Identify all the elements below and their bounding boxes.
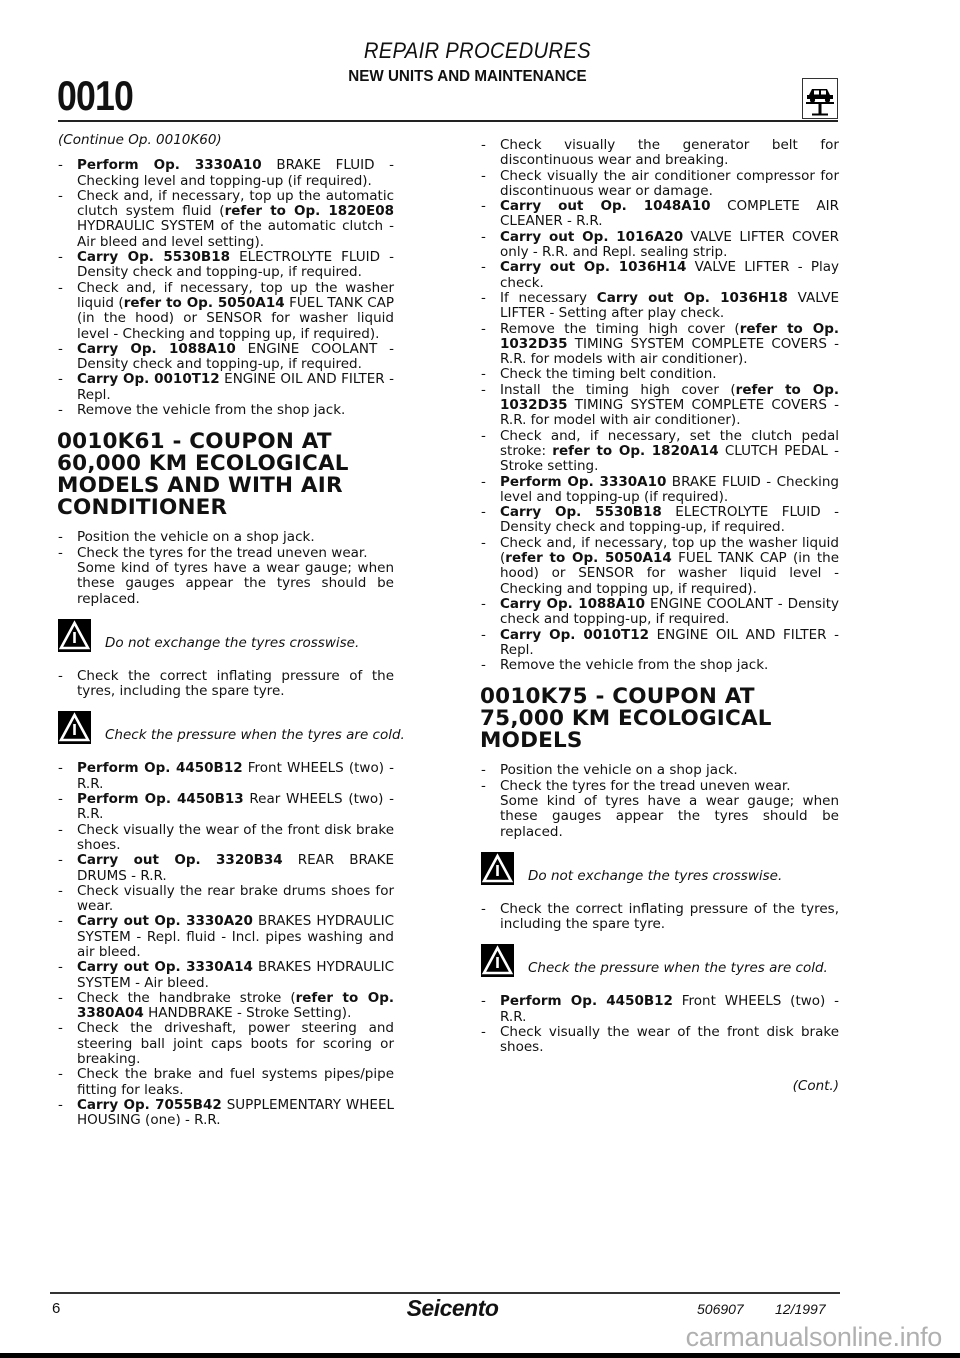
list-item: -Install the timing high cover (refer to… <box>481 383 839 429</box>
list-item: -Check the handbrake stroke (refer to Op… <box>58 991 394 1022</box>
list-item: -Check the brake and fuel systems pipes/… <box>58 1067 394 1098</box>
list-item: -Position the vehicle on a shop jack. <box>481 763 839 778</box>
procedure-list: -Perform Op. 4450B12 Front WHEELS (two) … <box>58 761 394 1128</box>
brand-logo: Seicento <box>407 1295 499 1322</box>
warning-note: Do not exchange the tyres crosswise. <box>58 619 394 659</box>
bottom-border <box>0 1353 960 1358</box>
list-item: -Carry Op. 0010T12 ENGINE OIL AND FILTER… <box>481 628 839 659</box>
page-header: REPAIR PROCEDURES NEW UNITS AND MAINTENA… <box>0 0 960 125</box>
header-divider <box>58 120 838 122</box>
list-item: -Perform Op. 3330A10 BRAKE FLUID - Check… <box>481 475 839 506</box>
list-item: -Perform Op. 4450B13 Rear WHEELS (two) -… <box>58 792 394 823</box>
page-title: REPAIR PROCEDURES <box>364 38 591 64</box>
list-item: -Check the correct inflating pressure of… <box>58 669 394 700</box>
list-item: -Remove the vehicle from the shop jack. <box>58 403 394 418</box>
list-item: -Check and, if necessary, top up the was… <box>58 281 394 342</box>
list-item: -Carry out Op. 3330A14 BRAKES HYDRAULIC … <box>58 960 394 991</box>
list-item: -Check and, if necessary, set the clutch… <box>481 429 839 475</box>
continue-note: (Continue Op. 0010K60) <box>58 133 394 148</box>
list-item: -Check visually the wear of the front di… <box>481 1025 839 1056</box>
list-item: -Perform Op. 4450B12 Front WHEELS (two) … <box>58 761 394 792</box>
list-item: -Check visually the generator belt for d… <box>481 138 839 169</box>
left-column: (Continue Op. 0010K60) -Perform Op. 3330… <box>58 130 394 1129</box>
car-lift-icon <box>802 78 838 119</box>
list-item: -Carry Op. 5530B18 ELECTROLYTE FLUID - D… <box>481 505 839 536</box>
list-item: -Carry out Op. 1036H14 VALVE LIFTER - Pl… <box>481 260 839 291</box>
list-item: -Check visually the air conditioner comp… <box>481 169 839 200</box>
list-item: -Check visually the rear brake drums sho… <box>58 884 394 915</box>
list-item: -Carry Op. 1088A10 ENGINE COOLANT - Dens… <box>58 342 394 373</box>
document-code: 506907 <box>697 1301 744 1317</box>
list-item: -Check and, if necessary, top up the was… <box>481 536 839 597</box>
tyre-note: Some kind of tyres have a wear gauge; wh… <box>481 794 839 840</box>
section-heading: 0010K75 - COUPON AT 75,000 KM ECOLOGICAL… <box>480 686 839 752</box>
continued-note: (Cont.) <box>481 1079 839 1094</box>
warning-icon <box>58 711 91 744</box>
list-item: -Check visually the wear of the front di… <box>58 823 394 854</box>
list-item: -Carry out Op. 3330A20 BRAKES HYDRAULIC … <box>58 914 394 960</box>
tyre-note: Some kind of tyres have a wear gauge; wh… <box>58 561 394 607</box>
list-item: -Carry out Op. 3320B34 REAR BRAKE DRUMS … <box>58 853 394 884</box>
watermark: carmanualsonline.info <box>686 1322 942 1353</box>
page-subtitle: NEW UNITS AND MAINTENANCE <box>348 68 586 86</box>
list-item: -Perform Op. 4450B12 Front WHEELS (two) … <box>481 994 839 1025</box>
list-item: -Carry Op. 1088A10 ENGINE COOLANT - Dens… <box>481 597 839 628</box>
list-item: -Carry out Op. 1048A10 COMPLETE AIR CLEA… <box>481 199 839 230</box>
warning-note: Do not exchange the tyres crosswise. <box>481 852 839 892</box>
list-item: -Carry Op. 0010T12 ENGINE OIL AND FILTER… <box>58 372 394 403</box>
section-heading: 0010K61 - COUPON AT 60,000 KM ECOLOGICAL… <box>57 431 394 519</box>
list-item: -Check the tyres for the tread uneven we… <box>481 779 839 794</box>
list-item: -Check and, if necessary, top up the aut… <box>58 189 394 250</box>
warning-icon <box>58 619 91 652</box>
warning-note: Check the pressure when the tyres are co… <box>58 711 394 751</box>
list-item: -Remove the timing high cover (refer to … <box>481 322 839 368</box>
right-column: -Check visually the generator belt for d… <box>481 130 839 1094</box>
list-item: -Carry Op. 7055B42 SUPPLEMENTARY WHEEL H… <box>58 1098 394 1129</box>
list-item: -Check the tyres for the tread uneven we… <box>58 546 394 561</box>
footer-divider <box>50 1292 840 1294</box>
section-code: 0010 <box>57 72 133 120</box>
list-item: -Perform Op. 3330A10 BRAKE FLUID - Check… <box>58 158 394 189</box>
document-date: 12/1997 <box>775 1301 826 1317</box>
warning-icon <box>481 852 514 885</box>
list-item: -Check the timing belt condition. <box>481 367 839 382</box>
procedure-list: -Perform Op. 3330A10 BRAKE FLUID - Check… <box>58 158 394 418</box>
list-item: -Position the vehicle on a shop jack. <box>58 530 394 545</box>
list-item: -Carry out Op. 1016A20 VALVE LIFTER COVE… <box>481 230 839 261</box>
list-item: -Carry Op. 5530B18 ELECTROLYTE FLUID - D… <box>58 250 394 281</box>
list-item: -Check the correct inflating pressure of… <box>481 902 839 933</box>
list-item: -If necessary Carry out Op. 1036H18 VALV… <box>481 291 839 322</box>
procedure-list: -Check visually the generator belt for d… <box>481 138 839 673</box>
list-item: -Remove the vehicle from the shop jack. <box>481 658 839 673</box>
list-item: -Check the driveshaft, power steering an… <box>58 1021 394 1067</box>
warning-icon <box>481 944 514 977</box>
warning-note: Check the pressure when the tyres are co… <box>481 944 839 984</box>
